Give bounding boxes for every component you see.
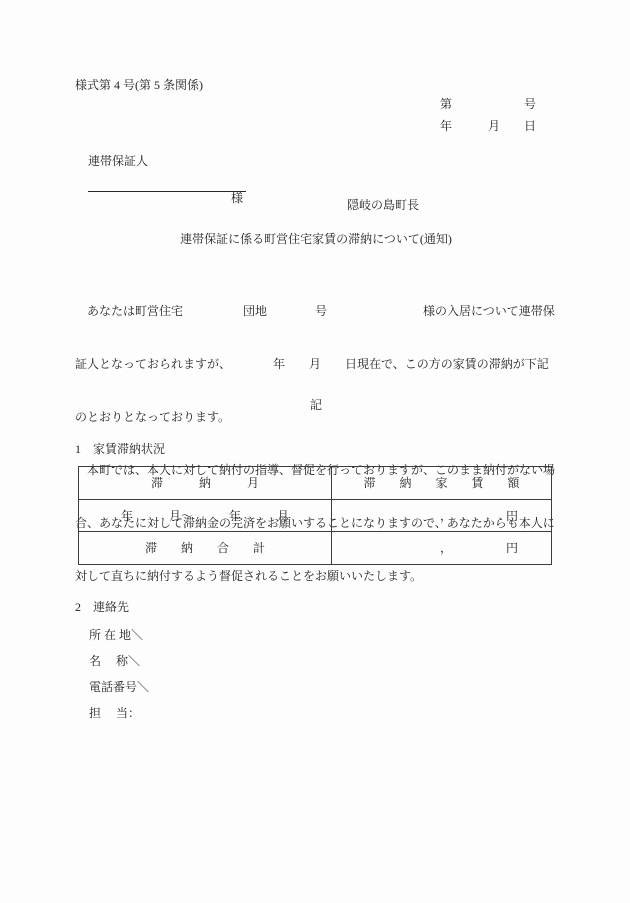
date-blank: 年 月 日 xyxy=(440,118,536,134)
table-row: 滞 納 合 計 ， 円 xyxy=(79,531,551,564)
cell-arrears-total-label: 滞 納 合 計 xyxy=(79,532,332,564)
header-arrears-month: 滞 納 月 xyxy=(79,467,332,499)
paragraph1-line: あなたは町営住宅 団地 号 様の入居について連帯保 xyxy=(75,301,557,322)
paragraph1-line: 証人となっておられますが、 年 月 日現在で、この方の家賃の滞納が下記 xyxy=(75,354,557,375)
form-number: 様式第 4 号(第 5 条関係) xyxy=(75,77,203,93)
document-number-blank: 第 号 xyxy=(440,96,536,112)
document-page: 様式第 4 号(第 5 条関係) 第 号 年 月 日 連帯保証人 様 隠岐の島町… xyxy=(0,0,630,903)
contact-name-label: 名 称＼ xyxy=(89,653,140,669)
addressee-honorific: 様 xyxy=(231,191,243,205)
table-row: 年 月～ 年 月 ， 円 xyxy=(79,499,551,532)
contact-phone-label: 電話番号＼ xyxy=(89,679,149,695)
paragraph2-line: 対して直ちに納付するよう督促されることをお願いいたします。 xyxy=(75,566,557,587)
cell-arrears-period-blank: 年 月～ 年 月 xyxy=(79,500,332,532)
record-marker: 記 xyxy=(75,397,557,413)
cell-arrears-total-amount-blank: ， 円 xyxy=(332,532,551,564)
header-arrears-rent-amount: 滞 納 家 賃 額 xyxy=(332,467,551,499)
arrears-table: 滞 納 月 滞 納 家 賃 額 年 月～ 年 月 ， 円 滞 納 合 計 ， 円 xyxy=(78,466,552,565)
addressee-role-label: 連帯保証人 xyxy=(88,153,148,169)
section1-heading: 1 家賃滞納状況 xyxy=(75,441,165,457)
section2-heading: 2 連絡先 xyxy=(75,599,129,615)
contact-address-label: 所 在 地＼ xyxy=(89,627,143,643)
sender-title: 隠岐の島町長 xyxy=(347,197,419,213)
contact-person-label: 担 当： xyxy=(89,705,140,721)
document-title: 連帯保証に係る町営住宅家賃の滞納について(通知) xyxy=(75,231,557,247)
table-header-row: 滞 納 月 滞 納 家 賃 額 xyxy=(79,467,551,499)
cell-arrears-amount-blank: ， 円 xyxy=(332,500,551,532)
addressee-name-blank: 様 xyxy=(88,174,246,192)
